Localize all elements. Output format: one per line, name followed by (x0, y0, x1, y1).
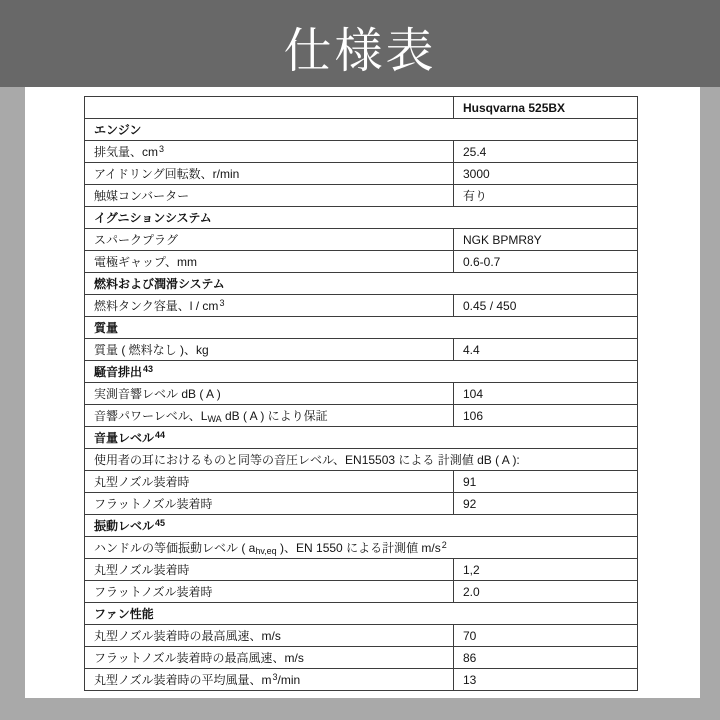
spec-label-cell: 丸型ノズル装着時 (85, 471, 454, 493)
spec-label-cell: 質量 ( 燃料なし )、kg (85, 339, 454, 361)
spec-label-cell: 丸型ノズル装着時 (85, 559, 454, 581)
section-row: 質量 (85, 317, 638, 339)
spec-value-cell: 86 (454, 647, 638, 669)
spec-label-cell: フラットノズル装着時 (85, 493, 454, 515)
section-title-cell: 騒音排出43 (85, 361, 638, 383)
product-name-cell: Husqvarna 525BX (454, 97, 638, 119)
spec-row: 触媒コンバーター有り (85, 185, 638, 207)
section-row: 音量レベル44 (85, 427, 638, 449)
spec-value-cell: 13 (454, 669, 638, 691)
spec-row: アイドリング回転数、r/min3000 (85, 163, 638, 185)
section-title-cell: 質量 (85, 317, 638, 339)
spec-value-cell: 0.45 / 450 (454, 295, 638, 317)
note-row: ハンドルの等価振動レベル ( ahv,eq )、EN 1550 による計測値 m… (85, 537, 638, 559)
spec-table: Husqvarna 525BXエンジン排気量、cm325.4アイドリング回転数、… (84, 96, 638, 691)
spec-row: フラットノズル装着時2.0 (85, 581, 638, 603)
note-row: 使用者の耳におけるものと同等の音圧レベル、EN15503 による 計測値 dB … (85, 449, 638, 471)
spec-label-cell: 電極ギャップ、mm (85, 251, 454, 273)
section-title-cell: 振動レベル45 (85, 515, 638, 537)
spec-value-cell: 有り (454, 185, 638, 207)
section-title-cell: イグニションシステム (85, 207, 638, 229)
spec-table-body: Husqvarna 525BXエンジン排気量、cm325.4アイドリング回転数、… (85, 97, 638, 691)
spec-value-cell: 25.4 (454, 141, 638, 163)
header-row: Husqvarna 525BX (85, 97, 638, 119)
spec-label-cell: フラットノズル装着時の最高風速、m/s (85, 647, 454, 669)
spec-label-cell: 丸型ノズル装着時の最高風速、m/s (85, 625, 454, 647)
spec-value-cell: 104 (454, 383, 638, 405)
spec-row: 丸型ノズル装着時の平均風量、m3/min13 (85, 669, 638, 691)
section-row: 振動レベル45 (85, 515, 638, 537)
section-row: イグニションシステム (85, 207, 638, 229)
spec-value-cell: 3000 (454, 163, 638, 185)
spec-value-cell: 2.0 (454, 581, 638, 603)
spec-row: 燃料タンク容量、l / cm30.45 / 450 (85, 295, 638, 317)
document-page: Husqvarna 525BXエンジン排気量、cm325.4アイドリング回転数、… (25, 87, 700, 698)
spec-label-cell: 触媒コンバーター (85, 185, 454, 207)
spec-row: 排気量、cm325.4 (85, 141, 638, 163)
section-row: 燃料および潤滑システム (85, 273, 638, 295)
spec-value-cell: NGK BPMR8Y (454, 229, 638, 251)
section-row: エンジン (85, 119, 638, 141)
section-row: ファン性能 (85, 603, 638, 625)
spec-row: 丸型ノズル装着時91 (85, 471, 638, 493)
spec-row: スパークプラグNGK BPMR8Y (85, 229, 638, 251)
content-area: Husqvarna 525BXエンジン排気量、cm325.4アイドリング回転数、… (0, 87, 720, 720)
section-row: 騒音排出43 (85, 361, 638, 383)
spec-label-cell: 排気量、cm3 (85, 141, 454, 163)
spec-label-cell: フラットノズル装着時 (85, 581, 454, 603)
spec-label-cell: スパークプラグ (85, 229, 454, 251)
corner-cell (85, 97, 454, 119)
spec-row: 質量 ( 燃料なし )、kg4.4 (85, 339, 638, 361)
spec-value-cell: 1,2 (454, 559, 638, 581)
spec-value-cell: 92 (454, 493, 638, 515)
spec-value-cell: 106 (454, 405, 638, 427)
note-cell: 使用者の耳におけるものと同等の音圧レベル、EN15503 による 計測値 dB … (85, 449, 638, 471)
spec-label-cell: 音響パワーレベル、LWA dB ( A ) により保証 (85, 405, 454, 427)
spec-row: 実測音響レベル dB ( A )104 (85, 383, 638, 405)
spec-value-cell: 70 (454, 625, 638, 647)
spec-label-cell: アイドリング回転数、r/min (85, 163, 454, 185)
spec-row: 音響パワーレベル、LWA dB ( A ) により保証106 (85, 405, 638, 427)
section-title-cell: 燃料および潤滑システム (85, 273, 638, 295)
spec-label-cell: 丸型ノズル装着時の平均風量、m3/min (85, 669, 454, 691)
title-bar: 仕様表 (0, 0, 720, 87)
spec-value-cell: 0.6-0.7 (454, 251, 638, 273)
note-cell: ハンドルの等価振動レベル ( ahv,eq )、EN 1550 による計測値 m… (85, 537, 638, 559)
spec-label-cell: 燃料タンク容量、l / cm3 (85, 295, 454, 317)
spec-row: 丸型ノズル装着時の最高風速、m/s70 (85, 625, 638, 647)
spec-value-cell: 4.4 (454, 339, 638, 361)
section-title-cell: エンジン (85, 119, 638, 141)
spec-row: フラットノズル装着時92 (85, 493, 638, 515)
section-title-cell: 音量レベル44 (85, 427, 638, 449)
spec-row: フラットノズル装着時の最高風速、m/s86 (85, 647, 638, 669)
spec-value-cell: 91 (454, 471, 638, 493)
spec-row: 丸型ノズル装着時1,2 (85, 559, 638, 581)
spec-label-cell: 実測音響レベル dB ( A ) (85, 383, 454, 405)
section-title-cell: ファン性能 (85, 603, 638, 625)
page-title: 仕様表 (283, 6, 436, 81)
spec-row: 電極ギャップ、mm0.6-0.7 (85, 251, 638, 273)
